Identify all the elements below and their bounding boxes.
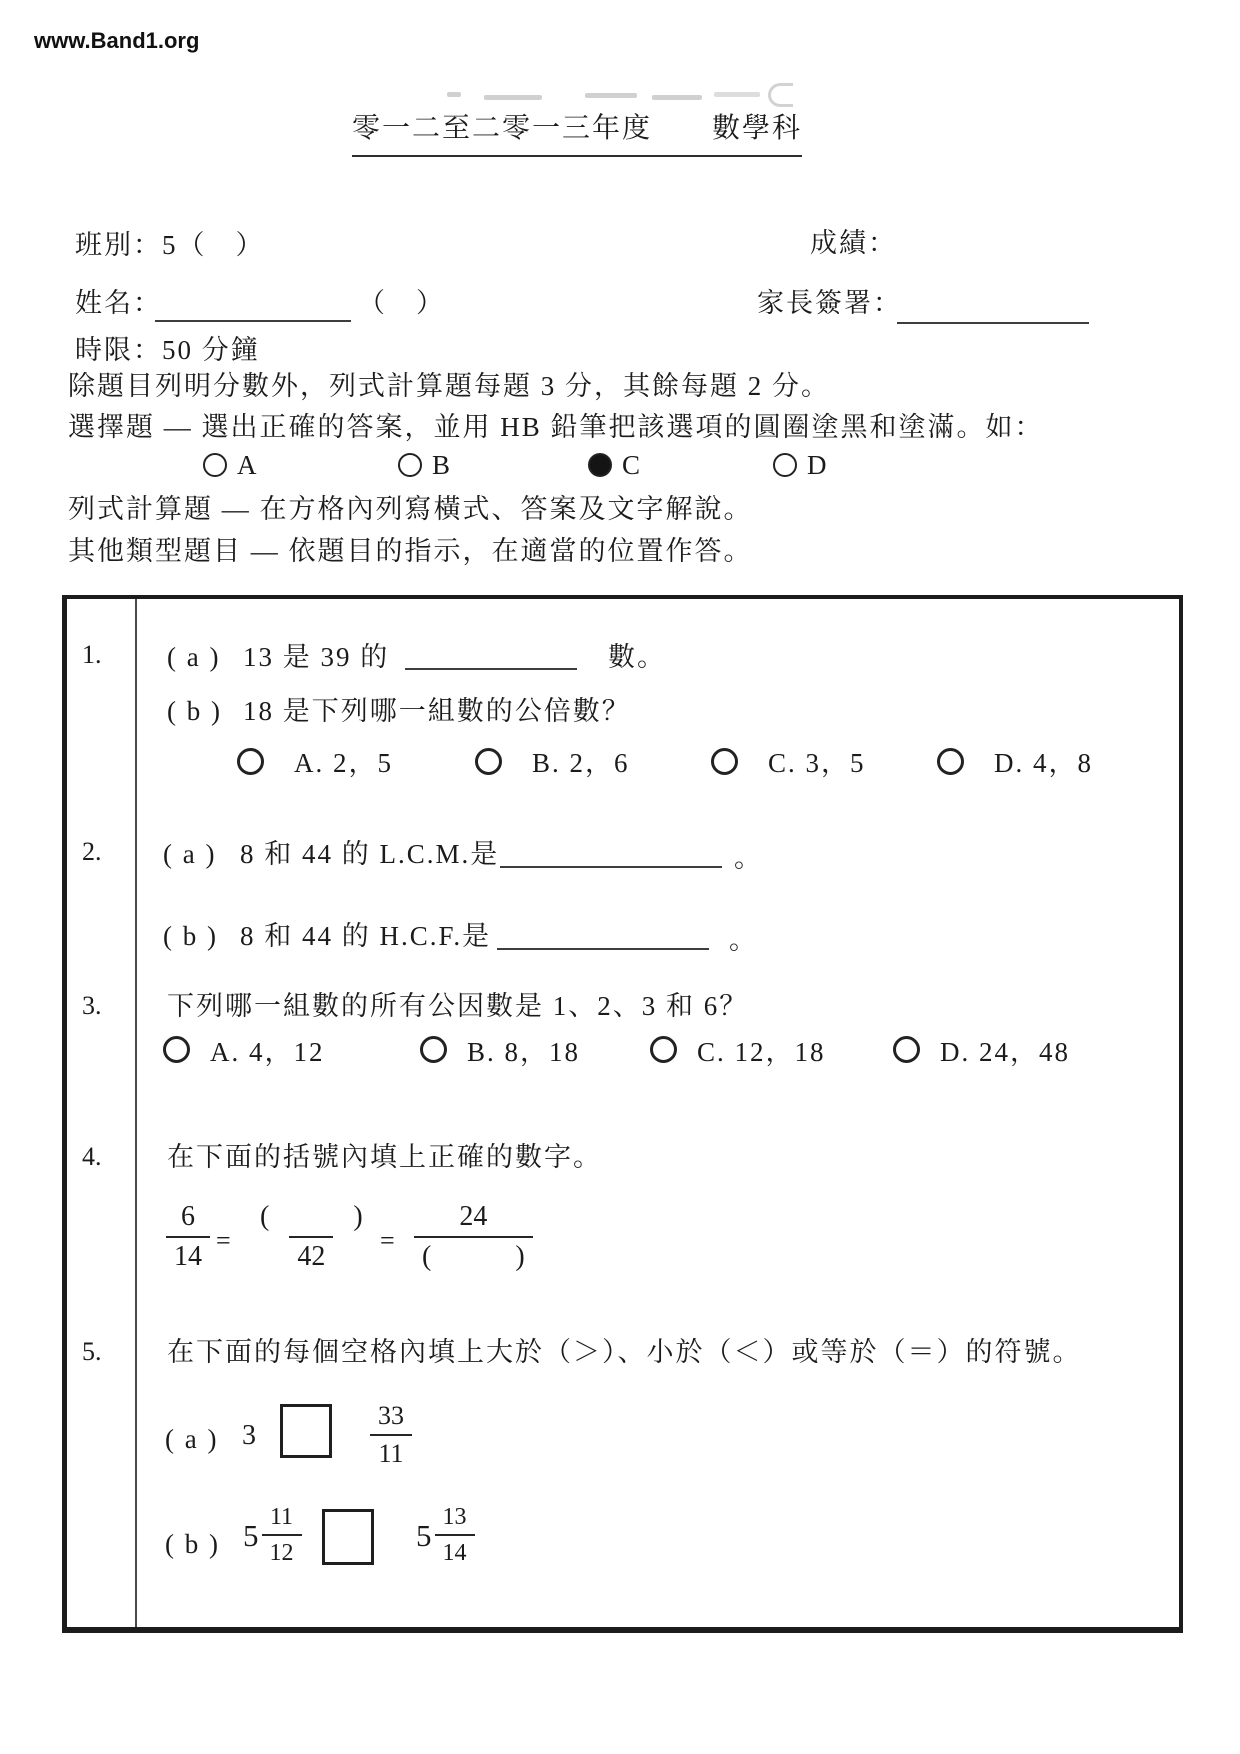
question-1a-label: ( a ) xyxy=(167,642,220,673)
example-option-label-b: B xyxy=(432,450,452,481)
guardian-sign-label: 家長簽署： xyxy=(757,288,902,319)
q1-option-label-c: C. 3，5 xyxy=(768,748,866,779)
example-option-label-a: A xyxy=(237,450,259,481)
q3-option-label-c: C. 12，18 xyxy=(697,1037,826,1068)
example-option-label-c: C xyxy=(622,450,642,481)
question-1b-label: ( b ) xyxy=(167,696,222,727)
question-4-number: 4. xyxy=(82,1142,102,1172)
instruction-calculation: 列式計算題 — 在方格內列寫橫式、答案及文字解說。 xyxy=(68,494,753,525)
q3-option-circle-d xyxy=(893,1036,920,1063)
q3-option-circle-a xyxy=(163,1036,190,1063)
question-1a-answer-blank xyxy=(405,642,577,670)
q5b-right-fraction: 13 14 xyxy=(435,1504,475,1566)
question-3-text: 下列哪一組數的所有公因數是 1、2、3 和 6？ xyxy=(167,991,748,1022)
scan-artifact-fragment xyxy=(714,92,760,97)
question-5a-label: ( a ) xyxy=(165,1424,218,1455)
question-1a-suffix: 數。 xyxy=(608,642,666,673)
scan-artifact-fragment xyxy=(585,93,637,98)
q4-equals-2: = xyxy=(380,1226,395,1256)
q5b-right-fraction-numerator: 13 xyxy=(435,1504,475,1534)
q5a-left-number: 3 xyxy=(242,1420,256,1452)
q1-option-label-d: D. 4，8 xyxy=(994,748,1093,779)
name-blank-line xyxy=(155,294,351,322)
q3-option-circle-b xyxy=(420,1036,447,1063)
question-3-number: 3. xyxy=(82,991,102,1021)
question-2-number: 2. xyxy=(82,837,102,867)
question-2a-suffix: 。 xyxy=(734,843,763,874)
question-2b-suffix: 。 xyxy=(729,925,758,956)
question-4-text: 在下面的括號內填上正確的數字。 xyxy=(167,1142,602,1173)
example-option-circle-c xyxy=(588,453,612,477)
q5a-fraction-numerator: 33 xyxy=(370,1402,412,1434)
name-field-label: 姓名： xyxy=(75,288,162,319)
watermark: www.Band1.org xyxy=(34,28,199,54)
q5b-right-mixed-number: 5 13 14 xyxy=(416,1504,475,1566)
question-number-divider xyxy=(135,599,137,1627)
q4-fraction-2-numerator-paren: ( ) xyxy=(252,1202,371,1236)
question-2b-text: 8 和 44 的 H.C.F.是 xyxy=(240,921,491,952)
scan-artifact-fragment xyxy=(768,83,793,107)
q4-fraction-3-numerator: 24 xyxy=(451,1202,495,1236)
q5a-fraction-denominator: 11 xyxy=(370,1434,411,1468)
instruction-scoring: 除題目列明分數外，列式計算題每題 3 分，其餘每題 2 分。 xyxy=(68,371,830,402)
q1-option-circle-c xyxy=(711,748,738,775)
q5b-left-mixed-number: 5 11 12 xyxy=(243,1504,302,1566)
q5b-right-whole: 5 xyxy=(416,1520,432,1551)
q5b-right-fraction-denominator: 14 xyxy=(435,1534,475,1566)
scan-artifact-fragment xyxy=(484,95,542,100)
name-paren: （ ） xyxy=(358,288,445,319)
class-field-label: 班別：5（ ） xyxy=(75,230,265,261)
q5a-right-fraction: 33 11 xyxy=(370,1402,412,1468)
instruction-other: 其他類型題目 — 依題目的指示，在適當的位置作答。 xyxy=(68,536,753,567)
question-5b-label: ( b ) xyxy=(165,1529,220,1560)
score-field-label: 成績： xyxy=(810,228,897,259)
question-2b-answer-blank xyxy=(497,922,709,950)
q1-option-circle-a xyxy=(237,748,264,775)
q4-equals-1: = xyxy=(216,1226,231,1256)
example-option-circle-b xyxy=(398,453,422,477)
question-2a-text: 8 和 44 的 L.C.M.是 xyxy=(240,839,499,870)
q4-fraction-3: 24 ( ) xyxy=(414,1202,533,1272)
q5a-answer-box xyxy=(280,1404,332,1458)
question-2a-label: ( a ) xyxy=(163,839,216,870)
exam-page: www.Band1.org 零一二至二零一三年度 數學科 班別：5（ ） 成績：… xyxy=(0,0,1240,1754)
example-option-circle-a xyxy=(203,453,227,477)
q4-fraction-3-denominator-paren: ( ) xyxy=(414,1236,533,1272)
q3-option-label-d: D. 24，48 xyxy=(940,1037,1070,1068)
example-option-label-d: D xyxy=(807,450,829,481)
q4-fraction-2: ( ) 42 xyxy=(252,1202,371,1272)
q4-fraction-1-denominator: 14 xyxy=(166,1236,210,1272)
q4-fraction-1: 6 14 xyxy=(166,1202,210,1272)
q5b-left-whole: 5 xyxy=(243,1520,259,1551)
q1-option-label-a: A. 2，5 xyxy=(294,748,393,779)
q4-fraction-2-denominator: 42 xyxy=(289,1236,333,1272)
scan-artifact-fragment xyxy=(652,95,702,100)
question-1-number: 1. xyxy=(82,640,102,670)
q5b-left-fraction-numerator: 11 xyxy=(262,1504,301,1534)
q3-option-label-a: A. 4，12 xyxy=(210,1037,325,1068)
q5b-left-fraction-denominator: 12 xyxy=(262,1534,302,1566)
question-2b-label: ( b ) xyxy=(163,921,218,952)
q3-option-circle-c xyxy=(650,1036,677,1063)
instruction-multiple-choice: 選擇題 — 選出正確的答案，並用 HB 鉛筆把該選項的圓圈塗黑和塗滿。如： xyxy=(68,412,1044,443)
example-option-circle-d xyxy=(773,453,797,477)
question-5-number: 5. xyxy=(82,1337,102,1367)
page-title: 零一二至二零一三年度 數學科 xyxy=(352,106,802,157)
q5b-left-fraction: 11 12 xyxy=(262,1504,302,1566)
guardian-sign-blank-line xyxy=(897,296,1089,324)
q3-option-label-b: B. 8，18 xyxy=(467,1037,580,1068)
time-limit-label: 時限：50 分鐘 xyxy=(75,335,260,366)
question-1b-text: 18 是下列哪一組數的公倍數？ xyxy=(243,696,631,727)
q4-fraction-1-numerator: 6 xyxy=(173,1202,203,1236)
q5b-answer-box xyxy=(322,1509,374,1565)
q1-option-label-b: B. 2，6 xyxy=(532,748,630,779)
q1-option-circle-d xyxy=(937,748,964,775)
scan-artifact-fragment xyxy=(447,92,461,97)
question-2a-answer-blank xyxy=(500,840,722,868)
q1-option-circle-b xyxy=(475,748,502,775)
question-5-text: 在下面的每個空格內填上大於（＞）、小於（＜）或等於（＝）的符號。 xyxy=(167,1337,1082,1368)
question-1a-text: 13 是 39 的 xyxy=(243,642,389,673)
